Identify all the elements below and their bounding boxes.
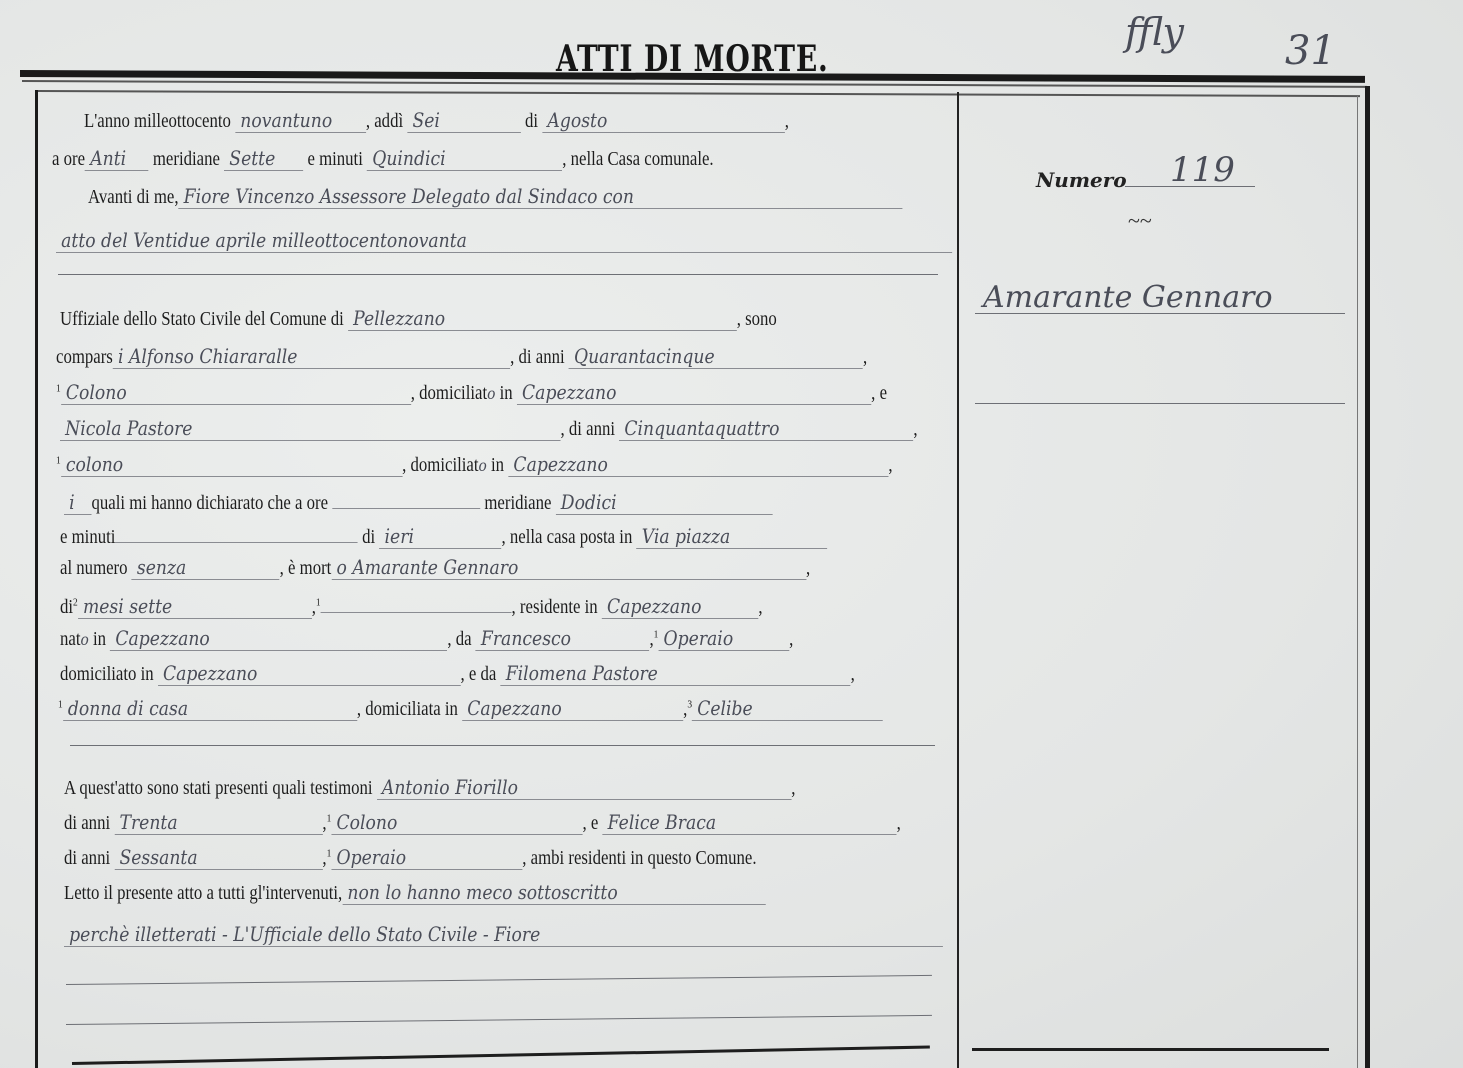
text: , addì [366,111,403,132]
street-field: Via piazza [637,524,828,549]
record-line-5: Uffiziale dello Stato Civile del Comune … [60,306,777,331]
age1-field: Quarantacinque [569,344,863,369]
numero-label: Numero [1036,168,1127,192]
mother-job-field: donna di casa [63,696,357,721]
ore-type2-field [332,486,480,509]
status-field: Celibe [692,696,883,721]
blank-rule [66,1015,932,1025]
job3-field: Colono [331,810,582,835]
deceased-name: Amarante Gennaro [352,555,518,579]
year-field: novantuno [235,108,366,133]
text: , [913,419,917,440]
record-line-7: 1Colono, domiciliato in Capezzano, e [56,380,887,405]
text: di [525,111,538,132]
mother-domicile-field: Capezzano [462,696,683,721]
record-line-17: A quest'atto sono stati presenti quali t… [64,775,795,800]
side-rule [975,403,1345,404]
text: in [93,629,106,650]
text: L'anno milleottocento [84,111,231,132]
text: Avanti di me, [88,187,179,208]
age2-field: Cinquantaquattro [619,416,913,441]
record-line-11: e minuti di ieri, nella casa posta in Vi… [60,520,827,549]
record-line-2: a oreAnti meridiane Sette e minuti Quind… [52,146,714,171]
record-line-15: domiciliato in Capezzano, e da Filomena … [60,661,855,686]
blank-rule [58,274,938,275]
text: , e [582,813,598,834]
suffix: o [479,456,487,475]
blank-rule [70,745,935,746]
text: , da [447,629,471,650]
text: , domiciliat [411,383,487,404]
text: di anni [64,848,110,869]
text: , [897,813,901,834]
residence-field: Capezzano [602,594,759,619]
text: meridiane [153,149,220,170]
record-line-9: 1colono, domiciliato in Capezzano, [56,452,893,477]
text: di [362,527,375,548]
record-line-8: Nicola Pastore, di anni Cinquantaquattro… [60,416,918,441]
record-line-12: al numero senza, è morto Amarante Gennar… [60,555,810,580]
suffix: i [118,344,124,368]
text: nat [60,629,80,650]
text: , è mort [280,558,332,579]
father-domicile-field: Capezzano [158,661,461,686]
text: in [500,383,513,404]
text: , [806,558,810,579]
record-line-21: perchè illetterati - L'Ufficiale dello S… [64,922,943,947]
text: di [60,597,73,618]
age3-field: Trenta [114,810,322,835]
text: , residente in [512,597,598,618]
record-line-10: iquali mi hanno dichiarato che a ore mer… [64,486,772,515]
minutes2-field [115,520,358,543]
text: a ore [52,149,85,170]
age-field: mesi sette [78,594,312,619]
domicile2-field: Capezzano [508,452,888,477]
text: e minuti [60,527,115,548]
father-field: Francesco [476,626,650,651]
record-line-6: comparsi Alfonso Chiararalle, di anni Qu… [56,344,867,369]
text: Uffiziale dello Stato Civile del Comune … [60,309,344,330]
text: , domiciliata in [357,699,458,720]
suffix: o [487,384,495,403]
text: , nella casa posta in [502,527,633,548]
margin-signature: ffly [1125,10,1184,54]
text: , [758,597,762,618]
minutes-field: Quindici [367,146,562,171]
day-field: Sei [407,108,521,133]
text: in [491,455,504,476]
text: , ambi residenti in questo Comune. [522,848,756,869]
suffix: o [336,555,346,579]
text: , e da [461,664,497,685]
record-line-14: nato in Capezzano, da Francesco,1Operaio… [60,626,793,651]
text: quali mi hanno dichiarato che a ore [92,493,329,514]
text: al numero [60,558,128,579]
text: , [791,778,795,799]
job2-field: colono [61,452,402,477]
blank-rule [66,975,932,985]
frame-left [35,90,38,1068]
official-cont-field: atto del Ventidue aprile milleottocenton… [56,228,952,253]
domicile1-field: Capezzano [517,380,871,405]
witness4-field: Felice Braca [602,810,896,835]
record-line-20: Letto il presente atto a tutti gl'interv… [64,880,765,905]
text: compars [56,347,113,368]
text: di anni [64,813,110,834]
text: meridiane [484,493,551,514]
suffix: o [80,630,88,649]
text: , [785,111,789,132]
note-cont-field: perchè illetterati - L'Ufficiale dello S… [64,922,943,947]
record-line-4: atto del Ventidue aprile milleottocenton… [56,228,952,253]
father-job-field: Operaio [658,626,789,651]
prefix: i [64,490,92,515]
frame-right-inner [1357,96,1358,1068]
birthplace-field: Capezzano [110,626,447,651]
note-field: non lo hanno meco sottoscritto [342,880,765,905]
day2-field: ieri [379,524,501,549]
hour-field: Sette [224,146,303,171]
deceased-field: o Amarante Gennaro [331,555,806,580]
text: , di anni [561,419,616,440]
text: , sono [737,309,777,330]
record-line-16: 1donna di casa, domiciliata in Capezzano… [58,696,883,721]
mother-field: Filomena Pastore [501,661,851,686]
text: , e [871,383,887,404]
job4-field: Operaio [331,845,522,870]
frame-top [38,90,1360,97]
official-field: Fiore Vincenzo Assessore Delegato dal Si… [179,184,903,209]
text: A quest'atto sono stati presenti quali t… [64,778,373,799]
frame-right [1365,86,1370,1068]
text: Letto il presente atto a tutti gl'interv… [64,883,342,904]
text: , di anni [510,347,565,368]
text: , [789,629,793,650]
job-field [321,590,512,613]
text: , [888,455,892,476]
bottom-rule [72,1046,930,1065]
record-line-19: di anni Sessanta,1Operaio, ambi resident… [64,845,757,870]
ornament: ~~ [1128,208,1152,234]
job1-field: Colono [61,380,411,405]
witness1-name: Alfonso Chiararalle [129,344,298,368]
hour2-field: Dodici [556,490,773,515]
column-divider [957,92,959,1068]
ore-type-field: Anti [85,146,149,171]
record-line-13: di2mesi sette,1, residente in Capezzano, [60,590,763,619]
page-number: 31 [1285,28,1336,74]
text: domiciliato in [60,664,154,685]
text: e minuti [307,149,362,170]
witness3-field: Antonio Fiorillo [377,775,792,800]
side-name-rule [975,313,1345,314]
house-number-field: senza [132,555,280,580]
deceased-name-side: Amarante Gennaro [983,280,1273,315]
witness1-field: i Alfonso Chiararalle [113,344,510,369]
record-line-3: Avanti di me,Fiore Vincenzo Assessore De… [88,184,903,209]
text: , [851,664,855,685]
month-field: Agosto [542,108,785,133]
comune-field: Pellezzano [348,306,737,331]
record-line-18: di anni Trenta,1Colono, e Felice Braca, [64,810,901,835]
numero-value: 119 [1170,150,1235,190]
age4-field: Sessanta [114,845,322,870]
record-line-1: L'anno milleottocento novantuno, addì Se… [84,108,789,133]
text: , domiciliat [402,455,478,476]
text: , [863,347,867,368]
witness2-field: Nicola Pastore [60,416,561,441]
side-bottom-rule [972,1048,1329,1051]
text: , nella Casa comunale. [562,149,713,170]
